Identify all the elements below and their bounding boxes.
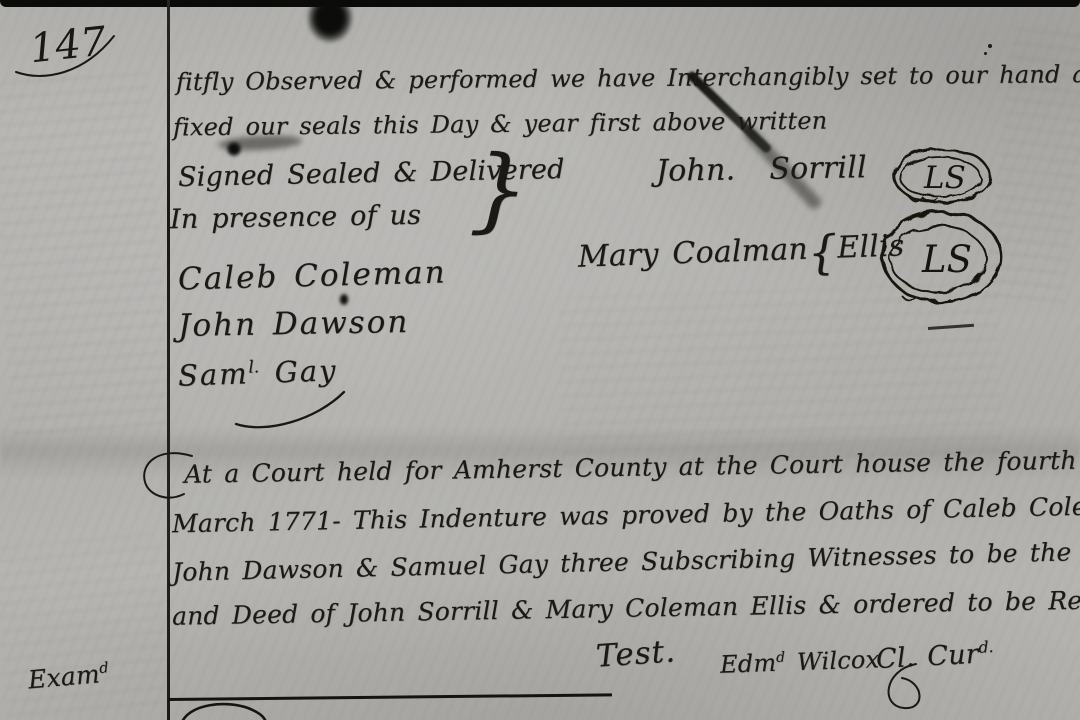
seal-ls-text: LS: [921, 238, 972, 281]
witness-john-dawson: John Dawson: [178, 304, 410, 344]
gay-signature-flourish: [232, 388, 350, 436]
ink-blot-top: [306, 0, 354, 44]
clerk-name: Edmd Wilcox: [720, 645, 880, 679]
clerk-title-superscript: d.: [978, 637, 994, 657]
margin-rule-vertical: [167, 0, 170, 720]
clerk-test-label: Test.: [595, 633, 677, 674]
clerk-signature-flourish: [878, 662, 948, 718]
signature-mary-coalman-ellis: Mary Coalman{Ellis: [577, 222, 905, 287]
signature-last-name: Sorrill: [769, 150, 867, 187]
signature-john-sorrill: John.Sorrill: [656, 150, 867, 189]
signature-first-name: John.: [656, 152, 736, 188]
attestation-brace: }: [468, 145, 530, 234]
examined-note-superscript: d: [99, 660, 110, 677]
seal-ls-text: LS: [923, 160, 966, 196]
ink-speck: [988, 44, 992, 48]
court-record-line-2: March 1771- This Indenture was proved by…: [172, 491, 1080, 539]
next-entry-partial-flourish: [176, 700, 282, 720]
page-number: 147: [28, 18, 109, 72]
ink-speck: [984, 52, 987, 55]
clerk-name-part: Wilcox: [785, 645, 880, 676]
court-record-line-1: At a Court held for Amherst County at th…: [184, 444, 1080, 489]
ink-dot-signed: [226, 141, 242, 157]
seal-scribble-ellis: LS: [872, 202, 1012, 318]
pen-dash-mark: [928, 324, 974, 330]
witness-samuel-gay: Saml. Gay: [177, 353, 338, 393]
scan-top-edge: [0, 0, 1080, 7]
witness-caleb-coleman: Caleb Coleman: [178, 254, 448, 297]
deed-closing-line-1: fitfly Observed & performed we have Inte…: [176, 60, 1080, 96]
attestation-line-2: In presence of us: [170, 200, 422, 235]
court-record-line-4: and Deed of John Sorrill & Mary Coleman …: [172, 584, 1080, 630]
signature-brace: {: [807, 225, 838, 280]
manuscript-page: 147 fitfly Observed & performed we have …: [0, 0, 1080, 720]
witness-name-part: Gay: [259, 353, 338, 390]
examined-note: Examd: [27, 659, 110, 695]
bleedthrough-left-margin: [0, 65, 172, 435]
court-record-line-3: John Dawson & Samuel Gay three Subscribi…: [172, 536, 1080, 587]
page-number-flourish: 147: [12, 12, 136, 82]
clerk-name-part: Edm: [720, 649, 777, 679]
signature-name: Mary Coalman: [577, 232, 808, 275]
examined-note-part: Exam: [27, 659, 101, 694]
